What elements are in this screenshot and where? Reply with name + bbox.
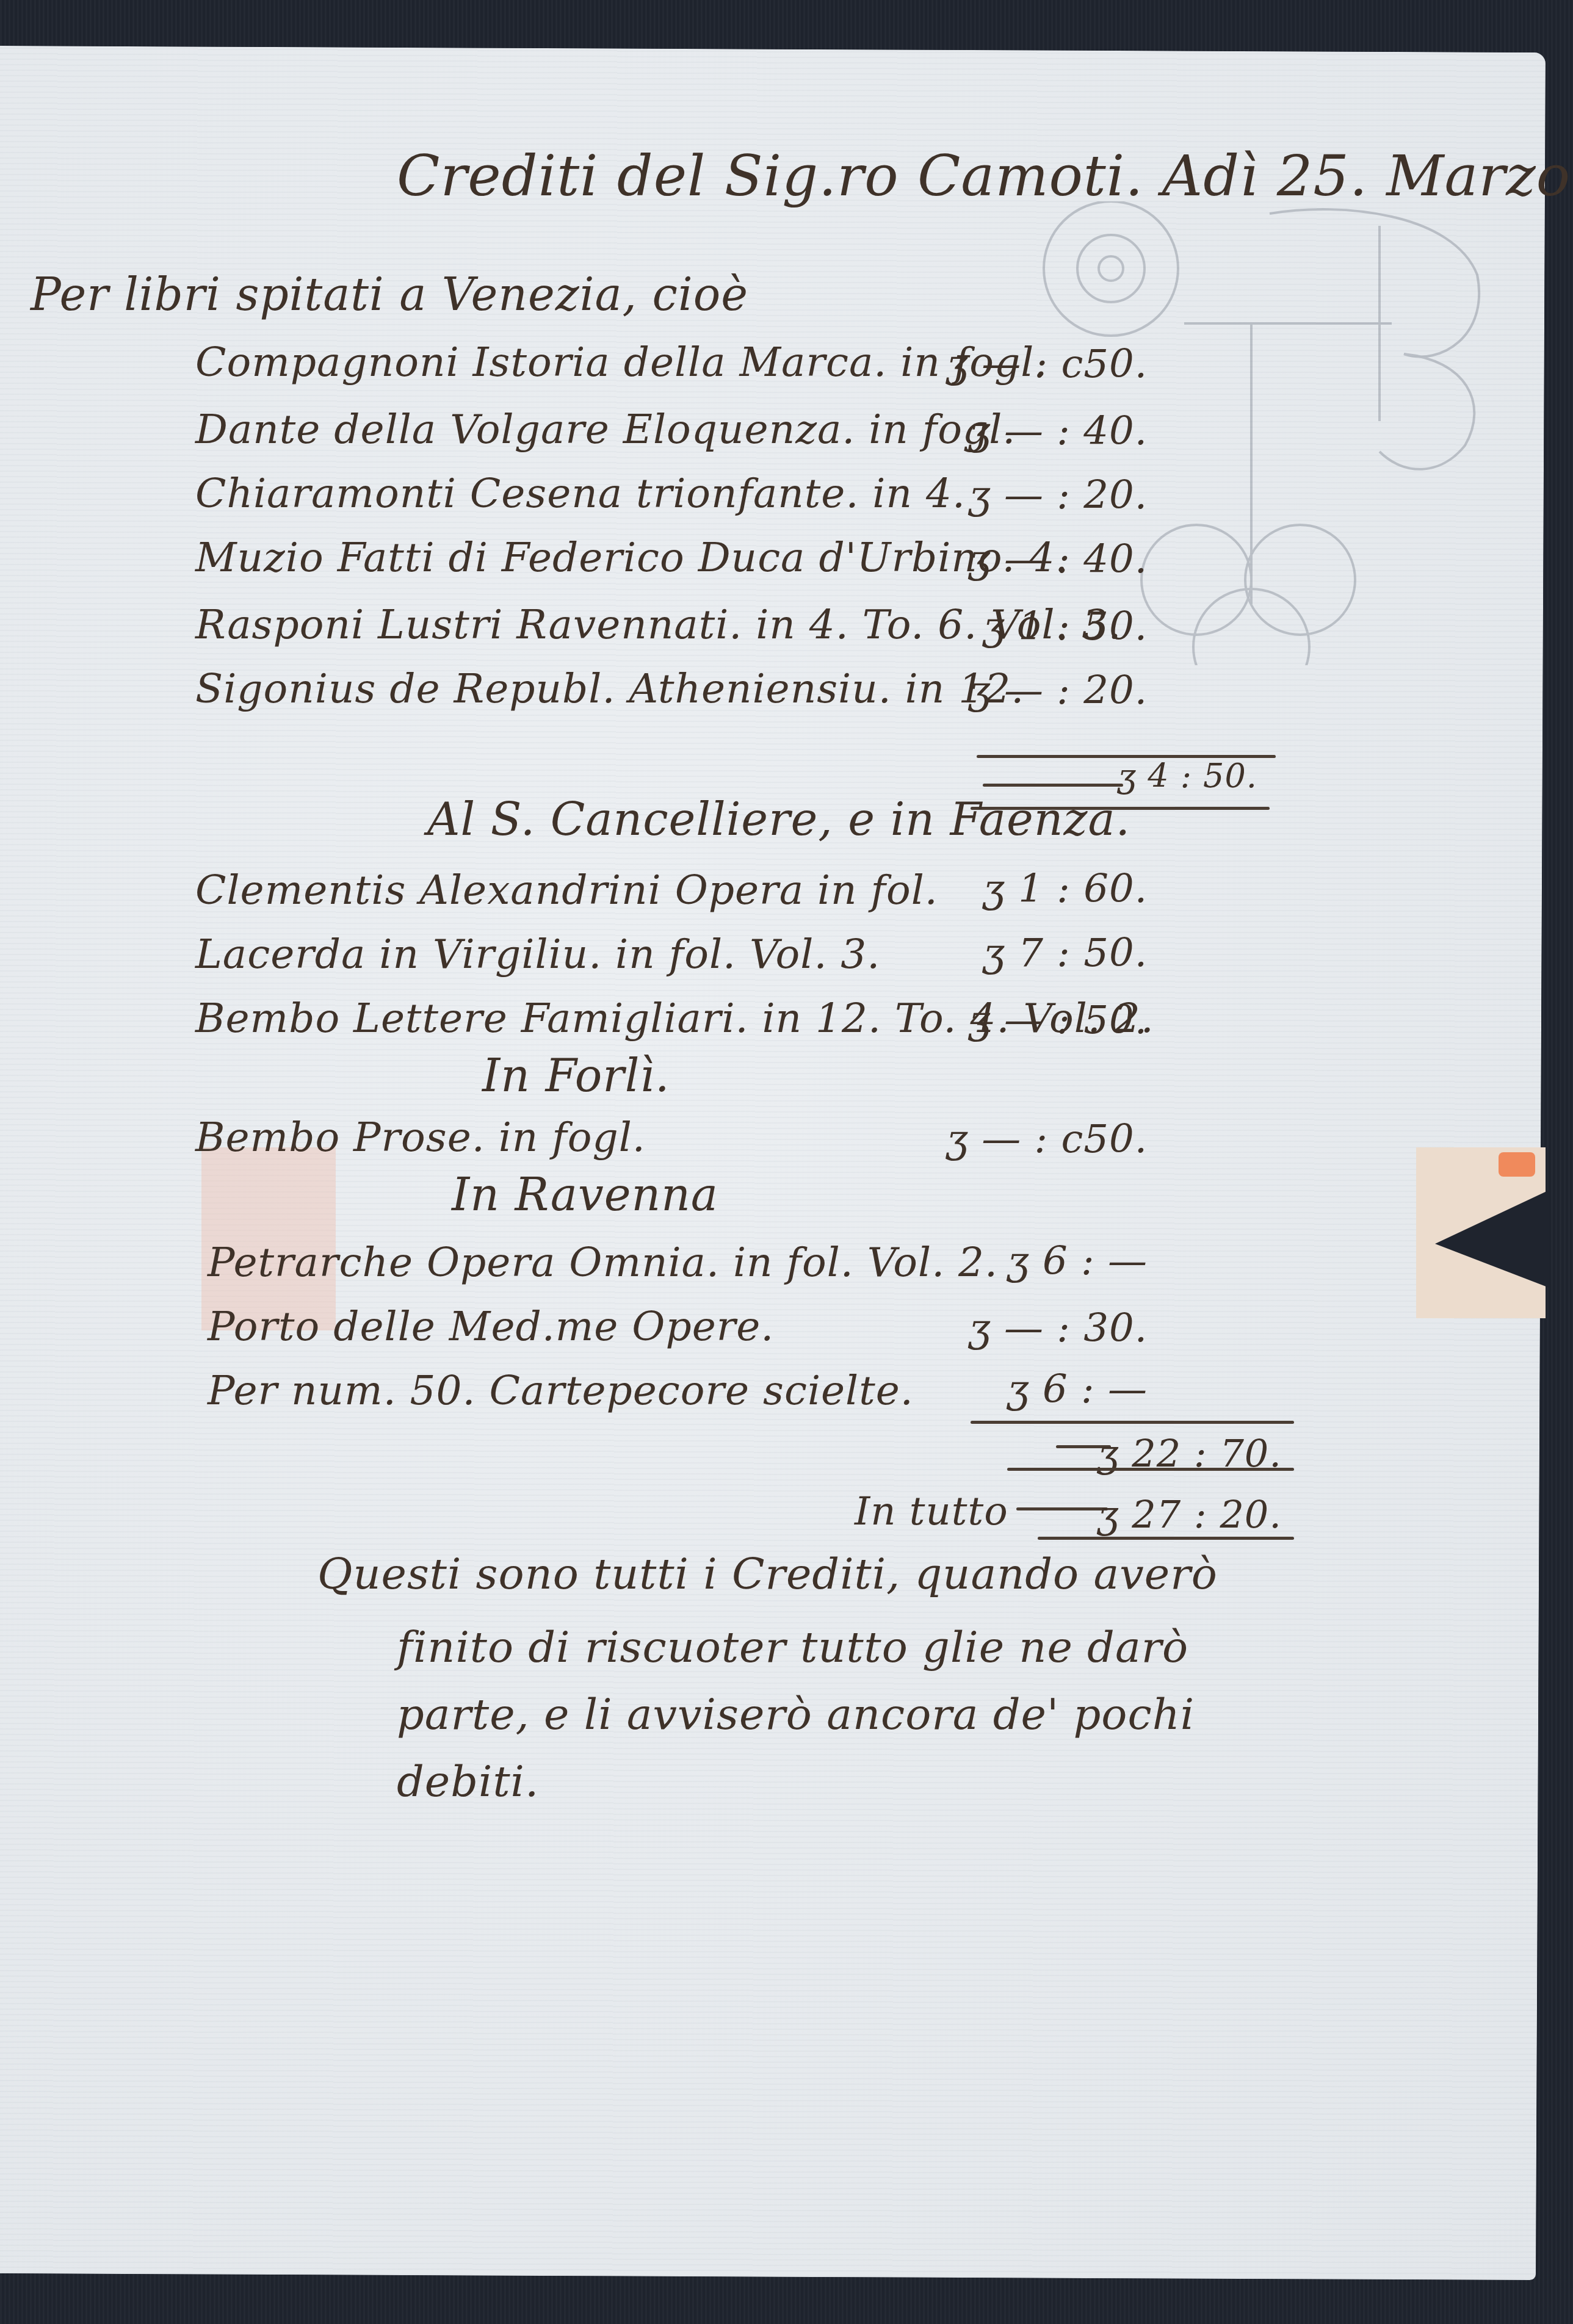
grand-total-amount: ʒ 27 : 20. — [1025, 1492, 1282, 1537]
ledger-amount: ʒ — : c50. — [891, 342, 1148, 387]
ledger-amount: ʒ — : 30. — [891, 1306, 1148, 1351]
ledger-item: Per num. 50. Cartepecore scielte. — [208, 1367, 914, 1414]
closing-line: Questi sono tutti i Crediti, quando aver… — [317, 1538, 1218, 1610]
section-heading-venezia: Per libri spitati a Venezia, cioè — [31, 269, 748, 321]
ledger-amount: ʒ — : 50. — [891, 998, 1148, 1043]
ledger-amount: ʒ — : 40. — [891, 537, 1148, 582]
section-heading-forli: In Forlì. — [482, 1050, 670, 1102]
ledger-item: Porto delle Med.me Opere. — [208, 1303, 774, 1350]
closing-line: debiti. — [397, 1745, 539, 1817]
ledger-item: Clementis Alexandrini Opera in fol. — [195, 867, 938, 914]
ledger-item: Chiaramonti Cesena trionfante. in 4. — [195, 470, 966, 517]
subtotal-rule — [1007, 1468, 1294, 1471]
ledger-amount: ʒ — : 20. — [891, 473, 1148, 518]
ledger-item: Petrarche Opera Omnia. in fol. Vol. 2. — [208, 1239, 998, 1286]
ledger-amount: ʒ 6 : — — [891, 1367, 1148, 1412]
ledger-amount: ʒ — : 20. — [891, 668, 1148, 713]
section-heading-faenza: Al S. Cancelliere, e in Faenza. — [427, 793, 1130, 846]
ledger-amount: ʒ 1 : 50. — [891, 604, 1148, 649]
orange-stain — [1499, 1152, 1535, 1177]
ledger-item: Lacerda in Virgiliu. in fol. Vol. 3. — [195, 931, 880, 978]
section-heading-ravenna: In Ravenna — [452, 1169, 718, 1221]
ledger-amount: ʒ 6 : — — [891, 1239, 1148, 1284]
ledger-amount: ʒ — : c50. — [891, 1117, 1148, 1162]
grand-total-label: In tutto — [855, 1489, 1008, 1534]
document-title: Crediti del Sig.ro Camoti. Adì 25. Marzo… — [397, 143, 1573, 209]
closing-line: parte, e li avviserò ancora de' pochi — [397, 1678, 1195, 1750]
ledger-amount: ʒ 7 : 50. — [891, 931, 1148, 976]
ledger-amount: ʒ 1 : 60. — [891, 867, 1148, 912]
subtotal-rule — [971, 1421, 1294, 1424]
ledger-item: Bembo Prose. in fogl. — [195, 1114, 646, 1161]
closing-line: finito di riscuoter tutto glie ne darò — [397, 1611, 1188, 1683]
ledger-amount: ʒ — : 40. — [891, 409, 1148, 454]
subtotal-amount: ʒ 4 : 50. — [1001, 757, 1257, 795]
